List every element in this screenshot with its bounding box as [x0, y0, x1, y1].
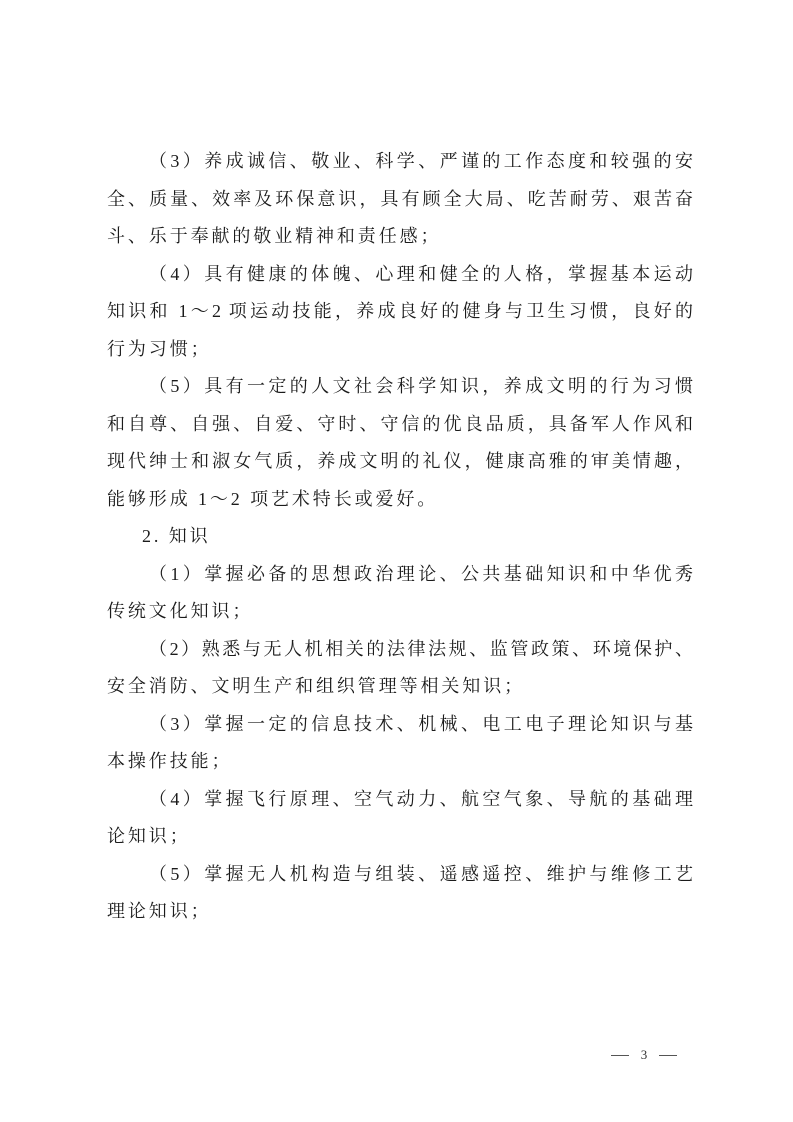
text-line: （4）具有健康的体魄、心理和健全的人格，掌握基本运动 [107, 256, 693, 294]
text-line: （3）掌握一定的信息技术、机械、电工电子理论知识与基 [107, 706, 693, 744]
section-heading: 2. 知识 [107, 518, 693, 556]
text-line: 传统文化知识； [107, 593, 693, 631]
text-line: 论知识； [107, 818, 693, 856]
paragraph-knowledge-item-5: （5）掌握无人机构造与组装、遥感遥控、维护与维修工艺 理论知识； [107, 856, 693, 931]
paragraph-knowledge-item-2: （2）熟悉与无人机相关的法律法规、监管政策、环境保护、 安全消防、文明生产和组织… [107, 631, 693, 706]
text-line: 现代绅士和淑女气质，养成文明的礼仪，健康高雅的审美情趣， [107, 443, 693, 481]
text-line: 本操作技能； [107, 743, 693, 781]
text-line: 知识和 1～2 项运动技能，养成良好的健身与卫生习惯，良好的 [107, 293, 693, 331]
text-line: 和自尊、自强、自爱、守时、守信的优良品质，具备军人作风和 [107, 406, 693, 444]
page-number-value: 3 [641, 1047, 648, 1063]
text-line: 行为习惯； [107, 331, 693, 369]
paragraph-attitude-item-5: （5）具有一定的人文社会科学知识，养成文明的行为习惯 和自尊、自强、自爱、守时、… [107, 368, 693, 518]
paragraph-knowledge-item-3: （3）掌握一定的信息技术、机械、电工电子理论知识与基 本操作技能； [107, 706, 693, 781]
page-number-right-dash [659, 1055, 677, 1056]
document-page: （3）养成诚信、敬业、科学、严谨的工作态度和较强的安 全、质量、效率及环保意识，… [0, 0, 793, 1122]
text-line: （1）掌握必备的思想政治理论、公共基础知识和中华优秀 [107, 556, 693, 594]
paragraph-knowledge-item-4: （4）掌握飞行原理、空气动力、航空气象、导航的基础理 论知识； [107, 781, 693, 856]
document-body: （3）养成诚信、敬业、科学、严谨的工作态度和较强的安 全、质量、效率及环保意识，… [107, 143, 693, 931]
paragraph-knowledge-item-1: （1）掌握必备的思想政治理论、公共基础知识和中华优秀 传统文化知识； [107, 556, 693, 631]
text-line: 全、质量、效率及环保意识，具有顾全大局、吃苦耐劳、艰苦奋 [107, 181, 693, 219]
text-line: （5）具有一定的人文社会科学知识，养成文明的行为习惯 [107, 368, 693, 406]
paragraph-attitude-item-3: （3）养成诚信、敬业、科学、严谨的工作态度和较强的安 全、质量、效率及环保意识，… [107, 143, 693, 256]
text-line: （5）掌握无人机构造与组装、遥感遥控、维护与维修工艺 [107, 856, 693, 894]
section-heading-knowledge: 2. 知识 [107, 518, 693, 556]
text-line: 能够形成 1～2 项艺术特长或爱好。 [107, 481, 693, 519]
text-line: 理论知识； [107, 893, 693, 931]
paragraph-attitude-item-4: （4）具有健康的体魄、心理和健全的人格，掌握基本运动 知识和 1～2 项运动技能… [107, 256, 693, 369]
text-line: （2）熟悉与无人机相关的法律法规、监管政策、环境保护、 [107, 631, 693, 669]
page-number-left-dash [611, 1055, 629, 1056]
text-line: 安全消防、文明生产和组织管理等相关知识； [107, 668, 693, 706]
text-line: （3）养成诚信、敬业、科学、严谨的工作态度和较强的安 [107, 143, 693, 181]
page-number: 3 [611, 1045, 677, 1065]
text-line: 斗、乐于奉献的敬业精神和责任感； [107, 218, 693, 256]
text-line: （4）掌握飞行原理、空气动力、航空气象、导航的基础理 [107, 781, 693, 819]
